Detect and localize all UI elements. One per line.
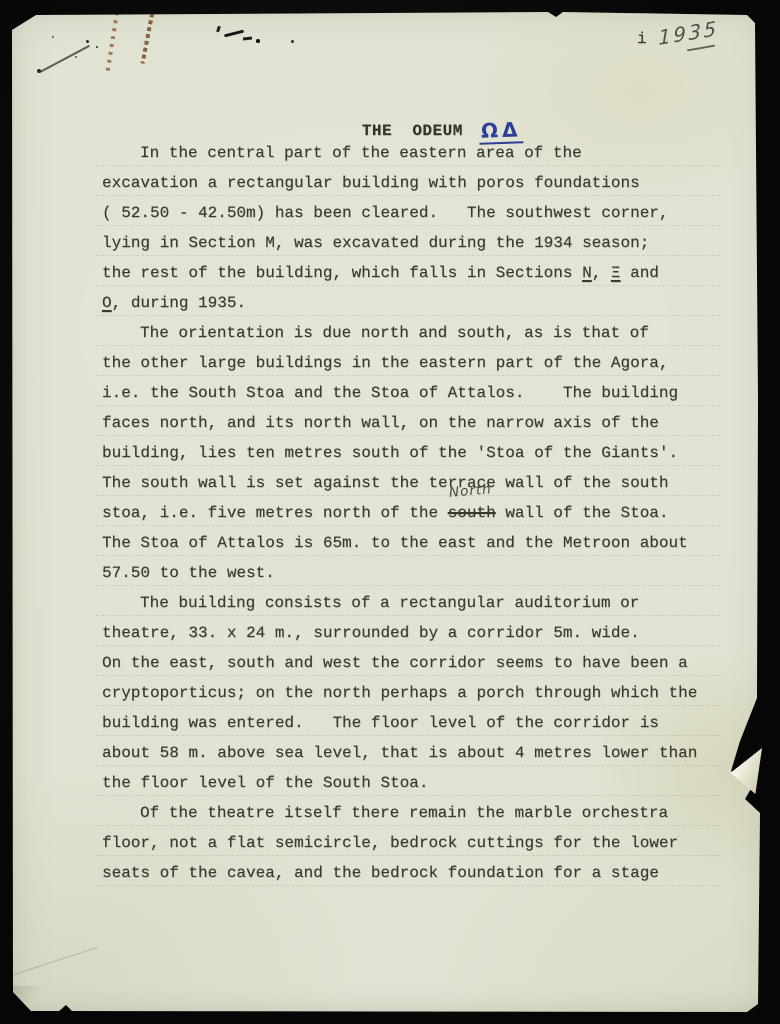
paper-sheet: i 1935 THE ODEUMΩΔ In the central part o… bbox=[0, 0, 780, 1024]
line-text: Of the theatre itself there remain the m… bbox=[140, 804, 668, 822]
typed-line: faces north, and its north wall, on the … bbox=[102, 408, 704, 438]
typed-line: i.e. the South Stoa and the Stoa of Atta… bbox=[102, 378, 704, 408]
typed-line: building, lies ten metres south of the '… bbox=[102, 438, 704, 468]
line-text: the other large buildings in the eastern… bbox=[102, 354, 669, 372]
underlined-letter: O bbox=[102, 294, 112, 312]
typed-line: stoa, i.e. five metres north of the sout… bbox=[102, 498, 704, 528]
ink-speck bbox=[86, 40, 89, 43]
handwritten-correction: North bbox=[448, 481, 492, 501]
paragraph: Of the theatre itself there remain the m… bbox=[102, 798, 704, 888]
typed-line: theatre, 33. x 24 m., surrounded by a co… bbox=[102, 618, 704, 648]
line-text: and bbox=[621, 264, 659, 282]
line-text: floor, not a flat semicircle, bedrock cu… bbox=[102, 834, 678, 852]
typed-line: The Stoa of Attalos is 65m. to the east … bbox=[102, 528, 704, 558]
ink-speck bbox=[75, 56, 77, 58]
paper-crease bbox=[14, 947, 98, 975]
line-text: building was entered. The floor level of… bbox=[102, 714, 659, 732]
paragraph: The building consists of a rectangular a… bbox=[102, 588, 704, 798]
scanned-document-page: i 1935 THE ODEUMΩΔ In the central part o… bbox=[0, 0, 780, 1024]
typed-line: floor, not a flat semicircle, bedrock cu… bbox=[102, 828, 704, 858]
typed-line: The building consists of a rectangular a… bbox=[102, 588, 704, 618]
underlined-letter: N bbox=[582, 264, 592, 282]
line-text: excavation a rectangular building with p… bbox=[102, 174, 640, 192]
line-text: ( 52.50 - 42.50m) has been cleared. The … bbox=[102, 204, 669, 222]
typed-line: Of the theatre itself there remain the m… bbox=[102, 798, 704, 828]
staple-hole bbox=[149, 8, 153, 13]
line-text: In the central part of the eastern area … bbox=[140, 144, 582, 162]
line-text: The building consists of a rectangular a… bbox=[140, 594, 639, 612]
typed-line: On the east, south and west the corridor… bbox=[102, 648, 704, 678]
line-text: The south wall is set against the terrac… bbox=[102, 474, 669, 492]
line-text: lying in Section M, was excavated during… bbox=[102, 234, 649, 252]
typed-line: seats of the cavea, and the bedrock foun… bbox=[102, 858, 704, 888]
typed-line: lying in Section M, was excavated during… bbox=[102, 228, 704, 258]
ink-speck bbox=[37, 69, 41, 73]
typed-line: 57.50 to the west. bbox=[102, 558, 704, 588]
paragraph: The orientation is due north and south, … bbox=[102, 318, 704, 588]
line-text: theatre, 33. x 24 m., surrounded by a co… bbox=[102, 624, 640, 642]
line-text: cryptoporticus; on the north perhaps a p… bbox=[102, 684, 697, 702]
underlined-letter: Ξ bbox=[611, 264, 621, 282]
line-text: the floor level of the South Stoa. bbox=[102, 774, 428, 792]
line-text: , bbox=[592, 264, 611, 282]
document-title-row: THE ODEUMΩΔ bbox=[285, 100, 704, 138]
typed-line: the rest of the building, which falls in… bbox=[102, 258, 704, 288]
ink-speck bbox=[52, 36, 54, 38]
line-text: On the east, south and west the corridor… bbox=[102, 654, 688, 672]
line-text: , during 1935. bbox=[112, 294, 246, 312]
line-text: faces north, and its north wall, on the … bbox=[102, 414, 659, 432]
typed-line: O, during 1935. bbox=[102, 288, 704, 318]
typed-line: The orientation is due north and south, … bbox=[102, 318, 704, 348]
typed-line: the floor level of the South Stoa. bbox=[102, 768, 704, 798]
line-text: The orientation is due north and south, … bbox=[140, 324, 649, 342]
typed-line: excavation a rectangular building with p… bbox=[102, 168, 704, 198]
corner-shadow bbox=[12, 986, 40, 1012]
struck-text: south bbox=[448, 504, 496, 522]
line-text: The Stoa of Attalos is 65m. to the east … bbox=[102, 534, 688, 552]
typed-line: building was entered. The floor level of… bbox=[102, 708, 704, 738]
paragraph: In the central part of the eastern area … bbox=[102, 138, 704, 318]
line-text: 57.50 to the west. bbox=[102, 564, 275, 582]
typed-line: In the central part of the eastern area … bbox=[102, 138, 704, 168]
typed-line: cryptoporticus; on the north perhaps a p… bbox=[102, 678, 704, 708]
ink-speck bbox=[96, 46, 98, 48]
typed-line: ( 52.50 - 42.50m) has been cleared. The … bbox=[102, 198, 704, 228]
line-text: seats of the cavea, and the bedrock foun… bbox=[102, 864, 659, 882]
line-text: stoa, i.e. five metres north of the bbox=[102, 504, 448, 522]
line-text: building, lies ten metres south of the '… bbox=[102, 444, 678, 462]
corrected-word: southNorth bbox=[448, 498, 496, 528]
line-text: about 58 m. above sea level, that is abo… bbox=[102, 744, 697, 762]
typed-content: THE ODEUMΩΔ In the central part of the e… bbox=[102, 0, 704, 888]
typed-line: The south wall is set against the terrac… bbox=[102, 468, 704, 498]
pencil-mark bbox=[40, 45, 90, 73]
typed-line: about 58 m. above sea level, that is abo… bbox=[102, 738, 704, 768]
typed-line: the other large buildings in the eastern… bbox=[102, 348, 704, 378]
line-text: the rest of the building, which falls in… bbox=[102, 264, 582, 282]
line-text: wall of the Stoa. bbox=[496, 504, 669, 522]
line-text: i.e. the South Stoa and the Stoa of Atta… bbox=[102, 384, 678, 402]
